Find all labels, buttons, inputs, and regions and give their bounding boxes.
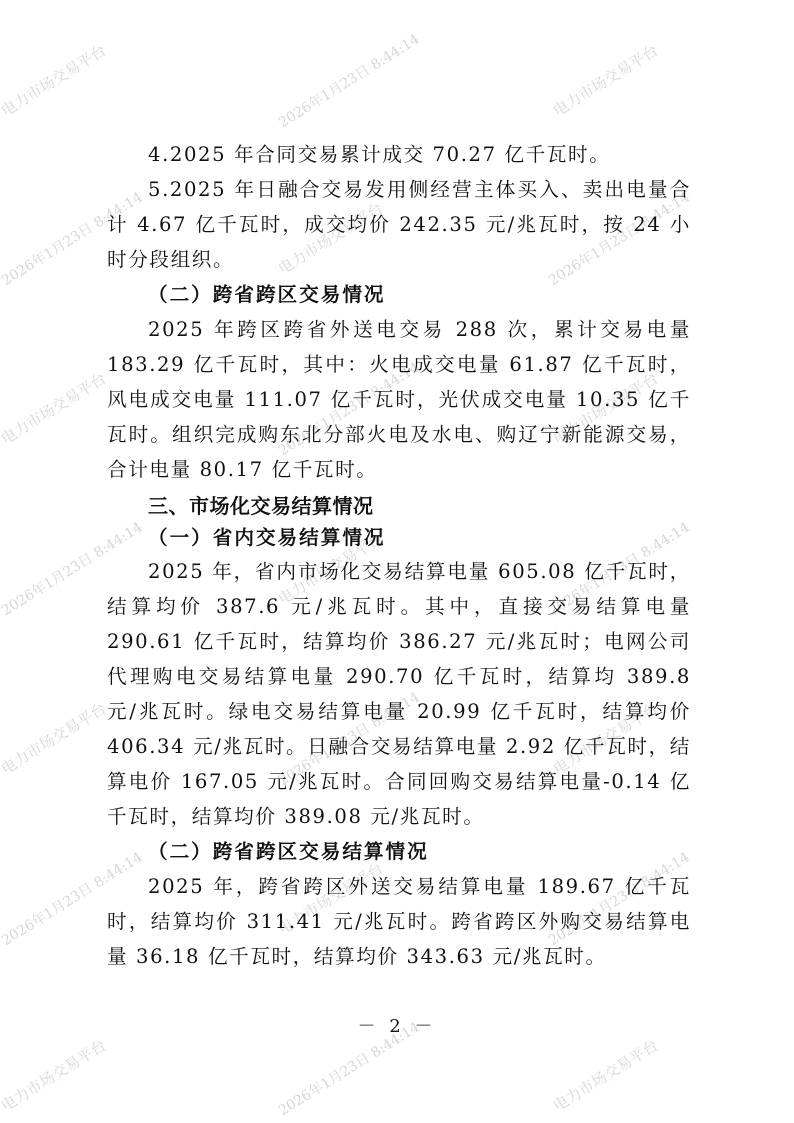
watermark-platform: 电力市场交易平台 (549, 1035, 662, 1116)
watermark-platform: 电力市场交易平台 (0, 1035, 110, 1116)
watermark-platform: 电力市场交易平台 (549, 40, 662, 121)
watermark-platform: 电力市场交易平台 (0, 698, 110, 779)
paragraph-provincial-settlement: 2025 年，省内市场化交易结算电量 605.08 亿千瓦时，结算均价 387.… (107, 554, 691, 834)
watermark-platform: 电力市场交易平台 (0, 368, 110, 449)
heading-cross-region-settlement: （二）跨省跨区交易结算情况 (107, 834, 691, 869)
paragraph-daily-fusion-trade: 5.2025 年日融合交易发用侧经营主体买入、卖出电量合计 4.67 亿千瓦时，… (107, 172, 691, 277)
paragraph-cross-region-settlement: 2025 年，跨省跨区外送交易结算电量 189.67 亿千瓦时，结算均价 311… (107, 869, 691, 974)
document-page: 电力市场交易平台 2026年1月23日 8:44:14 电力市场交易平台 202… (0, 0, 794, 1123)
page-number: － 2 － (0, 1012, 794, 1038)
paragraph-cross-region-trade: 2025 年跨区跨省外送电交易 288 次，累计交易电量 183.29 亿千瓦时… (107, 312, 691, 487)
watermark-timestamp: 2026年1月23日 8:44:14 (274, 29, 423, 132)
heading-cross-region-trade: （二）跨省跨区交易情况 (107, 277, 691, 312)
paragraph-contract-trade-total: 4.2025 年合同交易累计成交 70.27 亿千瓦时。 (107, 137, 691, 172)
watermark-platform: 电力市场交易平台 (0, 40, 110, 121)
heading-provincial-settlement: （一）省内交易结算情况 (107, 522, 691, 554)
heading-market-settlement: 三、市场化交易结算情况 (107, 490, 691, 522)
document-body: 4.2025 年合同交易累计成交 70.27 亿千瓦时。 5.2025 年日融合… (107, 137, 691, 974)
